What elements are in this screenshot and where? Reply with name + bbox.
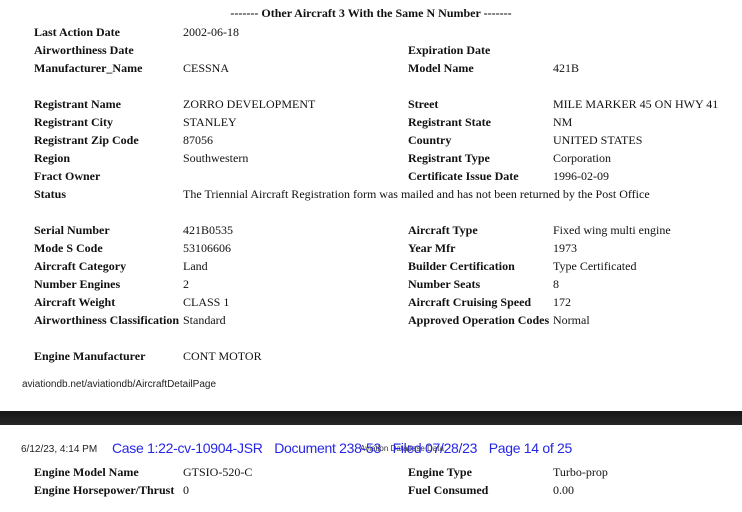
stamp-case: Case 1:22-cv-10904-JSR [112,440,263,456]
field-label: Aircraft Type [408,221,478,239]
field-label: Street [408,95,438,113]
field-value: 1996-02-09 [553,167,609,185]
field-label: Manufacturer_Name [34,59,142,77]
stamp-page: Page 14 of 25 [489,440,572,456]
field-label: Builder Certification [408,257,515,275]
field-value: CLASS 1 [183,293,229,311]
field-value: Turbo-prop [553,463,608,481]
field-label: Aircraft Weight [34,293,115,311]
engine-manufacturer-value: CONT MOTOR [183,347,262,365]
field-label: Engine Model Name [34,463,139,481]
field-value: 1973 [553,239,577,257]
field-label: Mode S Code [34,239,103,257]
field-value: 8 [553,275,559,293]
field-label: Registrant City [34,113,113,131]
field-value: ZORRO DEVELOPMENT [183,95,315,113]
section-title: ------- Other Aircraft 3 With the Same N… [0,6,742,21]
field-value: Corporation [553,149,611,167]
field-label: Airworthiness Date [34,41,134,59]
court-filing-stamp: Case 1:22-cv-10904-JSR Document 238-53 F… [112,440,580,456]
field-value: Land [183,257,208,275]
stamp-filed: Filed 07/28/23 [393,440,478,456]
field-value: 2 [183,275,189,293]
field-label: Last Action Date [34,23,120,41]
field-value: 2002-06-18 [183,23,239,41]
status-label: Status [34,185,66,203]
field-label: Serial Number [34,221,110,239]
field-value: 421B [553,59,579,77]
field-value: MILE MARKER 45 ON HWY 41 [553,95,718,113]
field-label: Fuel Consumed [408,481,488,499]
field-value: Type Certificated [553,257,636,275]
field-value: STANLEY [183,113,237,131]
field-label: Expiration Date [408,41,490,59]
engine-manufacturer-label: Engine Manufacturer [34,347,145,365]
field-label: Engine Horsepower/Thrust [34,481,174,499]
field-label: Region [34,149,70,167]
stamp-document: Document 238-53 [274,440,381,456]
field-value: Fixed wing multi engine [553,221,671,239]
footer-url: aviationdb.net/aviationdb/AircraftDetail… [22,379,216,390]
field-label: Engine Type [408,463,472,481]
field-value: GTSIO-520-C [183,463,252,481]
field-value: 0 [183,481,189,499]
field-label: Registrant Type [408,149,490,167]
field-label: Aircraft Category [34,257,126,275]
field-label: Registrant State [408,113,491,131]
field-value: Standard [183,311,226,329]
field-value: 172 [553,293,571,311]
status-value: The Triennial Aircraft Registration form… [183,185,650,203]
field-value: NM [553,113,572,131]
field-value: CESSNA [183,59,229,77]
page-break-bar [0,411,742,425]
field-label: Year Mfr [408,239,455,257]
field-value: 87056 [183,131,213,149]
field-label: Fract Owner [34,167,100,185]
field-value: UNITED STATES [553,131,642,149]
field-label: Model Name [408,59,474,77]
field-label: Airworthiness Classification [34,311,179,329]
field-label: Country [408,131,451,149]
field-label: Certificate Issue Date [408,167,519,185]
field-label: Approved Operation Codes [408,311,549,329]
field-label: Number Seats [408,275,480,293]
field-label: Number Engines [34,275,120,293]
field-value: 421B0535 [183,221,233,239]
field-label: Registrant Zip Code [34,131,139,149]
field-value: Southwestern [183,149,248,167]
field-value: 0.00 [553,481,574,499]
field-value: 53106606 [183,239,231,257]
field-label: Registrant Name [34,95,121,113]
field-value: Normal [553,311,590,329]
print-datetime: 6/12/23, 4:14 PM [21,443,97,457]
field-label: Aircraft Cruising Speed [408,293,531,311]
